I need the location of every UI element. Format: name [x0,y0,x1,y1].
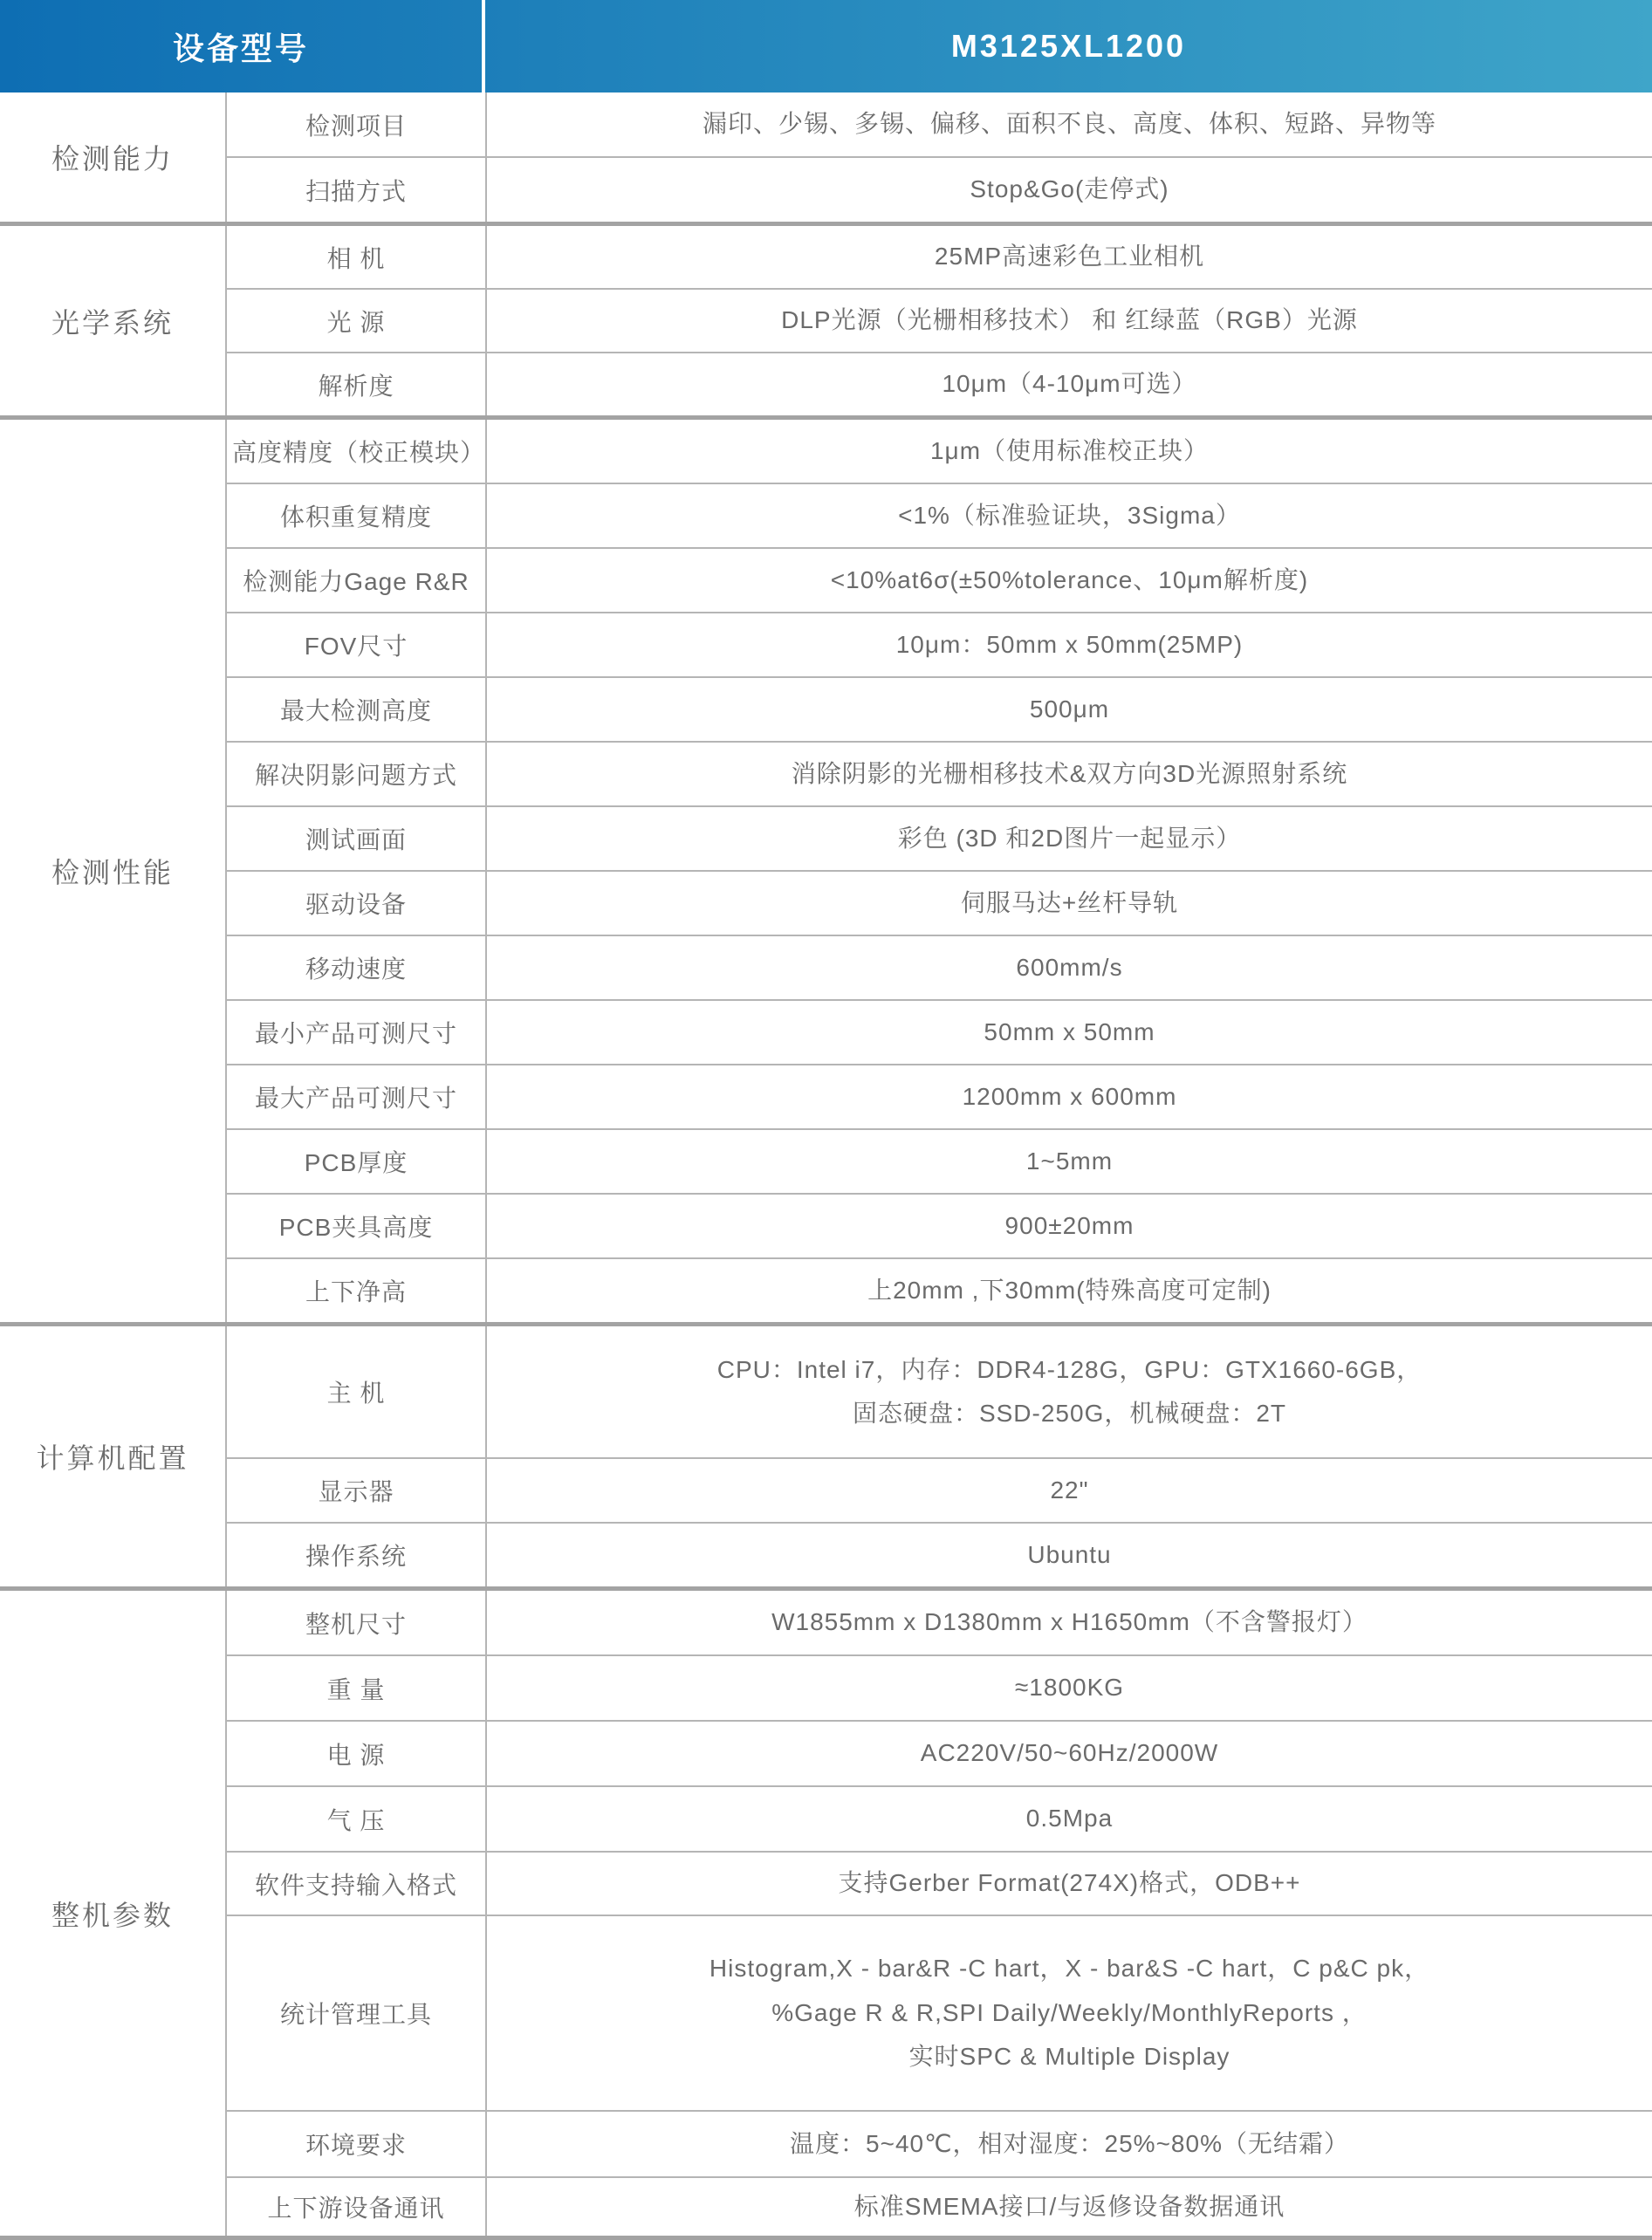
header-model-value-cell: M3125XL1200 [485,0,1652,92]
category-label: 检测能力 [0,92,227,222]
spec-row: 体积重复精度 <1%（标准验证块，3Sigma） [227,483,1652,547]
spec-value: 1μm（使用标准校正块） [487,420,1652,483]
spec-value: <10%at6σ(±50%tolerance、10μm解析度) [487,549,1652,612]
spec-value: 1200mm x 600mm [487,1065,1652,1128]
spec-row: 光 源 DLP光源（光栅相移技术） 和 红绿蓝（RGB）光源 [227,288,1652,352]
spec-row: 操作系统 Ubuntu [227,1522,1652,1586]
spec-value: 伺服马达+丝杆导轨 [487,872,1652,935]
spec-value: 彩色 (3D 和2D图片一起显示） [487,807,1652,870]
spec-row: 检测能力Gage R&R <10%at6σ(±50%tolerance、10μm… [227,547,1652,612]
spec-row: 环境要求 温度：5~40℃，相对湿度：25%~80%（无结霜） [227,2110,1652,2176]
spec-value: 22" [487,1459,1652,1522]
spec-param-label: 光 源 [227,290,487,352]
spec-row: 统计管理工具 Histogram,X - bar&R -C hart，X - b… [227,1915,1652,2110]
spec-value: 温度：5~40℃，相对湿度：25%~80%（无结霜） [487,2112,1652,2176]
spec-param-label: 重 量 [227,1656,487,1720]
spec-param-label: 显示器 [227,1459,487,1522]
spec-value: 50mm x 50mm [487,1001,1652,1064]
spec-value: 600mm/s [487,936,1652,999]
spec-param-label: 软件支持输入格式 [227,1853,487,1915]
spec-row: 扫描方式 Stop&Go(走停式) [227,156,1652,222]
spec-value: W1855mm x D1380mm x H1650mm（不含警报灯） [487,1591,1652,1654]
section-optical-system: 光学系统 相 机 25MP高速彩色工业相机 光 源 DLP光源（光栅相移技术） … [0,222,1652,415]
category-label: 检测性能 [0,420,227,1322]
spec-param-label: 解决阴影问题方式 [227,743,487,805]
spec-row: 显示器 22" [227,1457,1652,1522]
category-label: 计算机配置 [0,1326,227,1586]
spec-row: 解析度 10μm（4-10μm可选） [227,352,1652,415]
spec-row: PCB夹具高度 900±20mm [227,1193,1652,1257]
spec-row: 上下游设备通讯 标准SMEMA接口/与返修设备数据通讯 [227,2176,1652,2236]
spec-param-label: 操作系统 [227,1524,487,1586]
spec-value: AC220V/50~60Hz/2000W [487,1722,1652,1785]
spec-param-label: 气 压 [227,1787,487,1851]
spec-param-label: 检测能力Gage R&R [227,549,487,612]
section-computer-config: 计算机配置 主 机 CPU：Intel i7，内存：DDR4-128G，GPU：… [0,1322,1652,1586]
spec-row: 软件支持输入格式 支持Gerber Format(274X)格式，ODB++ [227,1851,1652,1915]
section-detection-performance: 检测性能 高度精度（校正模块） 1μm（使用标准校正块） 体积重复精度 <1%（… [0,415,1652,1322]
spec-row: 检测项目 漏印、少锡、多锡、偏移、面积不良、高度、体积、短路、异物等 [227,92,1652,156]
model-label: 设备型号 [173,24,309,69]
header-model-label-cell: 设备型号 [0,0,485,92]
spec-param-label: 统计管理工具 [227,1916,487,2110]
category-label: 整机参数 [0,1591,227,2236]
category-label: 光学系统 [0,226,227,415]
section-detection-capability: 检测能力 检测项目 漏印、少锡、多锡、偏移、面积不良、高度、体积、短路、异物等 … [0,92,1652,222]
spec-row: 最大检测高度 500μm [227,676,1652,741]
spec-value: Histogram,X - bar&R -C hart，X - bar&S -C… [487,1916,1652,2110]
spec-row: 高度精度（校正模块） 1μm（使用标准校正块） [227,420,1652,483]
spec-value: 标准SMEMA接口/与返修设备数据通讯 [487,2178,1652,2236]
section-machine-parameters: 整机参数 整机尺寸 W1855mm x D1380mm x H1650mm（不含… [0,1586,1652,2236]
spec-param-label: 移动速度 [227,936,487,999]
spec-param-label: 上下游设备通讯 [227,2178,487,2236]
section-rows: 相 机 25MP高速彩色工业相机 光 源 DLP光源（光栅相移技术） 和 红绿蓝… [227,226,1652,415]
spec-param-label: 驱动设备 [227,872,487,935]
spec-param-label: 体积重复精度 [227,484,487,547]
spec-value: Stop&Go(走停式) [487,158,1652,222]
spec-param-label: 解析度 [227,353,487,415]
spec-row: 最大产品可测尺寸 1200mm x 600mm [227,1064,1652,1128]
spec-param-label: FOV尺寸 [227,613,487,676]
spec-row: 最小产品可测尺寸 50mm x 50mm [227,999,1652,1064]
spec-param-label: 相 机 [227,226,487,288]
spec-value: 上20mm ,下30mm(特殊高度可定制) [487,1259,1652,1322]
spec-value: 漏印、少锡、多锡、偏移、面积不良、高度、体积、短路、异物等 [487,92,1652,156]
spec-param-label: 电 源 [227,1722,487,1785]
spec-param-label: PCB厚度 [227,1130,487,1193]
spec-value: 10μm（4-10μm可选） [487,353,1652,415]
spec-value: 500μm [487,678,1652,741]
spec-row: 重 量 ≈1800KG [227,1654,1652,1720]
spec-param-label: 扫描方式 [227,158,487,222]
spec-param-label: 检测项目 [227,92,487,156]
spec-row: 气 压 0.5Mpa [227,1785,1652,1851]
spec-param-label: 最大检测高度 [227,678,487,741]
spec-row: 解决阴影问题方式 消除阴影的光栅相移技术&双方向3D光源照射系统 [227,741,1652,805]
spec-value: DLP光源（光栅相移技术） 和 红绿蓝（RGB）光源 [487,290,1652,352]
spec-param-label: 主 机 [227,1326,487,1457]
spec-param-label: 最大产品可测尺寸 [227,1065,487,1128]
section-rows: 整机尺寸 W1855mm x D1380mm x H1650mm（不含警报灯） … [227,1591,1652,2236]
spec-param-label: 上下净高 [227,1259,487,1322]
spec-row: 电 源 AC220V/50~60Hz/2000W [227,1720,1652,1785]
spec-row: 整机尺寸 W1855mm x D1380mm x H1650mm（不含警报灯） [227,1591,1652,1654]
spec-value: CPU：Intel i7，内存：DDR4-128G，GPU：GTX1660-6G… [487,1326,1652,1457]
spec-param-label: PCB夹具高度 [227,1195,487,1257]
spec-row: PCB厚度 1~5mm [227,1128,1652,1193]
spec-value: 消除阴影的光栅相移技术&双方向3D光源照射系统 [487,743,1652,805]
spec-row: 测试画面 彩色 (3D 和2D图片一起显示） [227,805,1652,870]
section-rows: 高度精度（校正模块） 1μm（使用标准校正块） 体积重复精度 <1%（标准验证块… [227,420,1652,1322]
spec-value: 支持Gerber Format(274X)格式，ODB++ [487,1853,1652,1915]
spec-row: 驱动设备 伺服马达+丝杆导轨 [227,870,1652,935]
spec-value: Ubuntu [487,1524,1652,1586]
spec-row: 主 机 CPU：Intel i7，内存：DDR4-128G，GPU：GTX166… [227,1326,1652,1457]
spec-param-label: 最小产品可测尺寸 [227,1001,487,1064]
spec-param-label: 高度精度（校正模块） [227,420,487,483]
spec-row: 上下净高 上20mm ,下30mm(特殊高度可定制) [227,1257,1652,1322]
section-rows: 检测项目 漏印、少锡、多锡、偏移、面积不良、高度、体积、短路、异物等 扫描方式 … [227,92,1652,222]
table-header: 设备型号 M3125XL1200 [0,0,1652,92]
spec-value: 900±20mm [487,1195,1652,1257]
spec-param-label: 测试画面 [227,807,487,870]
spec-value: ≈1800KG [487,1656,1652,1720]
spec-table: 设备型号 M3125XL1200 检测能力 检测项目 漏印、少锡、多锡、偏移、面… [0,0,1652,2240]
spec-value: 0.5Mpa [487,1787,1652,1851]
spec-row: 相 机 25MP高速彩色工业相机 [227,226,1652,288]
spec-value: 25MP高速彩色工业相机 [487,226,1652,288]
spec-row: 移动速度 600mm/s [227,935,1652,999]
model-value: M3125XL1200 [951,28,1186,65]
section-rows: 主 机 CPU：Intel i7，内存：DDR4-128G，GPU：GTX166… [227,1326,1652,1586]
spec-param-label: 环境要求 [227,2112,487,2176]
spec-value: 10μm：50mm x 50mm(25MP) [487,613,1652,676]
spec-value: <1%（标准验证块，3Sigma） [487,484,1652,547]
spec-row: FOV尺寸 10μm：50mm x 50mm(25MP) [227,612,1652,676]
spec-param-label: 整机尺寸 [227,1591,487,1654]
spec-value: 1~5mm [487,1130,1652,1193]
